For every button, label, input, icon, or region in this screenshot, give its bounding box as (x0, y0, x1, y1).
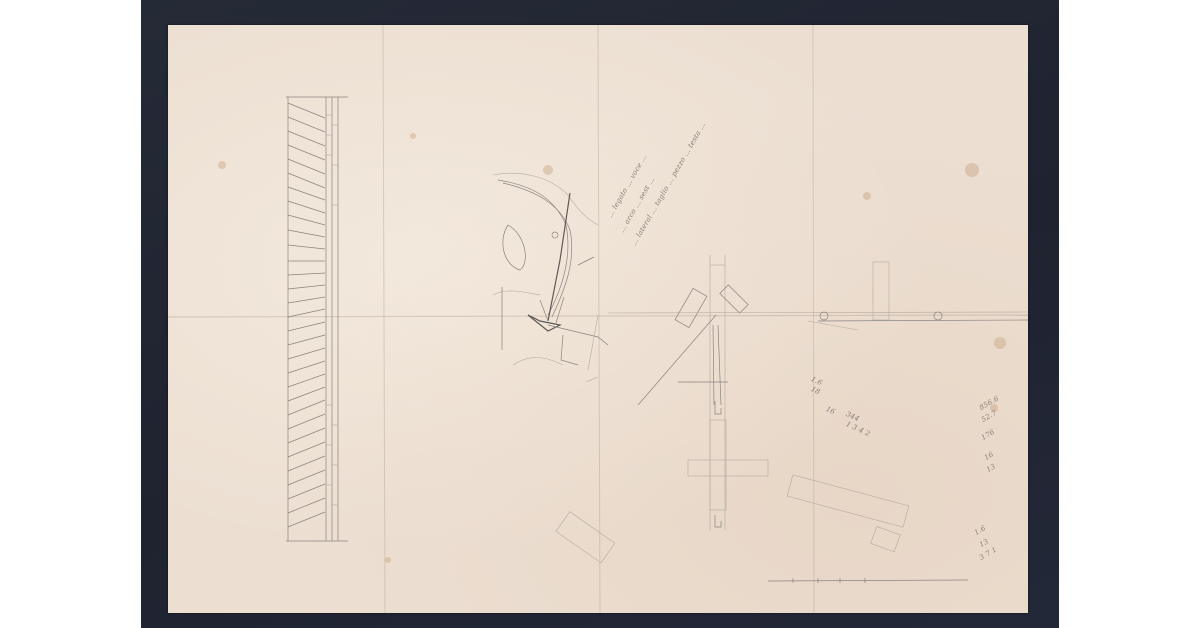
stair-elevation-column (286, 97, 348, 541)
drawing-canvas (168, 25, 1028, 613)
ground-line (608, 262, 1028, 330)
freehand-sketch (493, 173, 608, 382)
scale-bar (768, 578, 968, 583)
paper-sheet: … lateral … taglio … pezzo … testa … … a… (168, 25, 1028, 613)
vertical-section (638, 255, 768, 530)
